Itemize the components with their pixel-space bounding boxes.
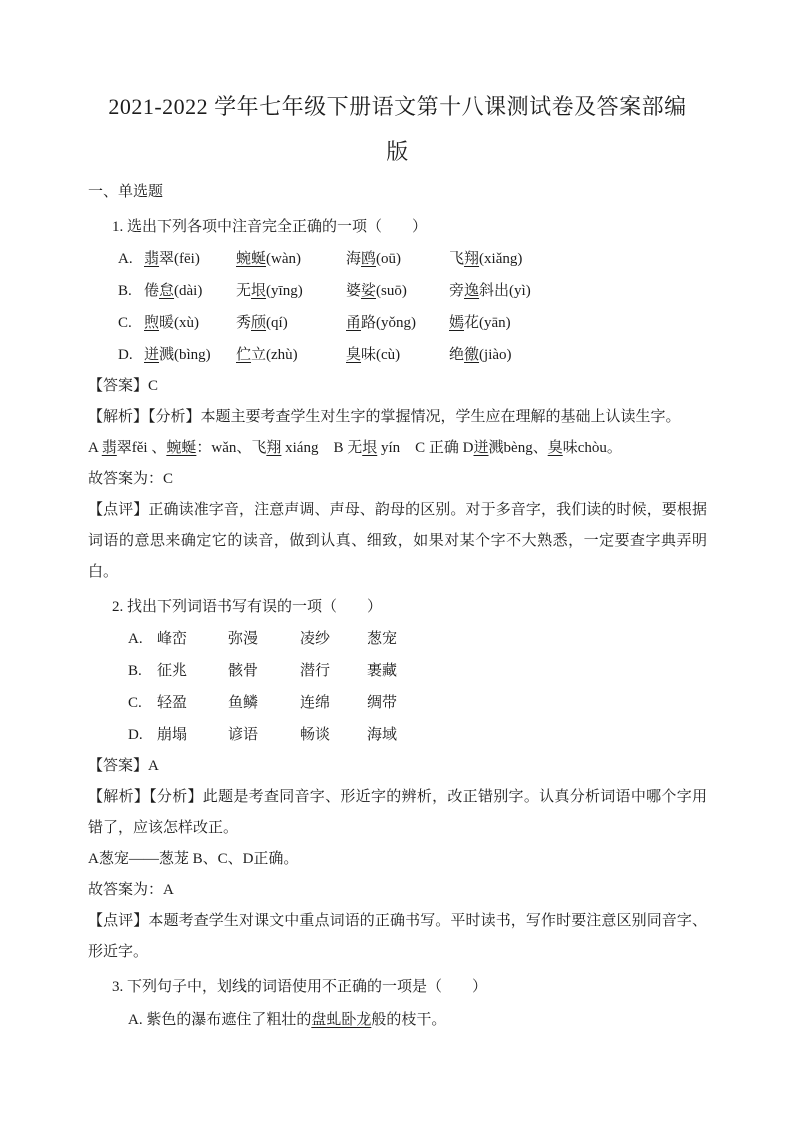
option-cell: 臭味(cù) [346,339,449,371]
question-1-answer-line: 【答案】C [88,371,707,402]
option-label: C. [128,687,157,719]
option-word: 弥漫 [228,623,300,655]
question-1-comment-line: 【点评】正确读准字音，注意声调、声母、韵母的区别。对于多音字，我们读的时候，要根… [88,495,707,588]
option-word: 海域 [367,719,707,751]
option-word: 轻盈 [157,687,228,719]
option-label: C. [118,307,144,339]
option-word: 崩塌 [157,719,228,751]
question-3: 3. 下列句子中，划线的词语使用不正确的一项是（ ） A. 紫色的瀑布遮住了粗壮… [88,972,707,1038]
option-label: A. [128,623,157,655]
option-row-b: B. 倦怠(dài) 无垠(yīng) 婆娑(suō) 旁逸斜出(yì) [118,275,707,307]
option-label: B. [128,655,157,687]
question-2-answer-line: 【答案】A [88,751,707,782]
option-word: 裹藏 [367,655,707,687]
option-cell: 海鸥(oū) [346,243,449,275]
option-cell: 翡翠(fēi) [144,243,236,275]
option-cell: 无垠(yīng) [236,275,346,307]
question-1-options: A. 翡翠(fēi) 蜿蜒(wàn) 海鸥(oū) 飞翔(xiǎng) B. 倦… [118,243,707,371]
question-1-conclusion-line: 故答案为：C [88,464,707,495]
question-1-analysis-detail-line: A 翡翠fěi 、蜿蜒：wǎn、飞翔 xiáng B 无垠 yín C 正确 D… [88,433,707,464]
document-title-line-2: 版 [88,129,707,174]
document-title-line-1: 2021-2022 学年七年级下册语文第十八课测试卷及答案部编 [88,84,707,129]
option-cell: 嫣花(yān) [449,307,707,339]
question-2-analysis-line: 【解析】【分析】此题是考查同音字、形近字的辨析，改正错别字。认真分析词语中哪个字… [88,782,707,844]
question-3-stem: 3. 下列句子中，划线的词语使用不正确的一项是（ ） [88,972,707,1003]
option-word: 鱼鳞 [228,687,300,719]
question-1: 1. 选出下列各项中注音完全正确的一项（ ） A. 翡翠(fēi) 蜿蜒(wàn… [88,212,707,588]
option-row-c: C. 轻盈 鱼鳞 连绵 绸带 [128,687,707,719]
question-2: 2. 找出下列词语书写有误的一项（ ） A. 峰峦 弥漫 凌纱 葱宠 B. 征兆… [88,592,707,968]
question-2-stem: 2. 找出下列词语书写有误的一项（ ） [88,592,707,623]
option-word: 葱宠 [367,623,707,655]
option-cell: 旁逸斜出(yì) [449,275,707,307]
option-row-d: D. 崩塌 谚语 畅谈 海域 [128,719,707,751]
option-cell: 煦暖(xù) [144,307,236,339]
section-heading: 一、单选题 [88,177,707,208]
option-word: 谚语 [228,719,300,751]
option-cell: 伫立(zhù) [236,339,346,371]
option-cell: 绝徼(jiào) [449,339,707,371]
option-cell: 倦怠(dài) [144,275,236,307]
option-cell: 迸溅(bìng) [144,339,236,371]
question-2-conclusion-line: 故答案为：A [88,875,707,906]
question-2-analysis-detail-line: A葱宠——葱茏 B、C、D正确。 [88,844,707,875]
option-word: 骸骨 [228,655,300,687]
question-3-option-a: A. 紫色的瀑布遮住了粗壮的盘虬卧龙般的枝干。 [128,1003,707,1038]
question-1-stem: 1. 选出下列各项中注音完全正确的一项（ ） [88,212,707,243]
document-title: 2021-2022 学年七年级下册语文第十八课测试卷及答案部编 版 [88,84,707,174]
option-cell: 甬路(yǒng) [346,307,449,339]
option-cell: 蜿蜒(wàn) [236,243,346,275]
option-word: 征兆 [157,655,228,687]
option-word: 畅谈 [300,719,367,751]
option-cell: 秀颀(qí) [236,307,346,339]
document-content: 2021-2022 学年七年级下册语文第十八课测试卷及答案部编 版 一、单选题 … [0,0,793,1038]
option-row-d: D. 迸溅(bìng) 伫立(zhù) 臭味(cù) 绝徼(jiào) [118,339,707,371]
question-1-analysis-line: 【解析】【分析】本题主要考查学生对生字的掌握情况，学生应在理解的基础上认读生字。 [88,402,707,433]
option-row-a: A. 峰峦 弥漫 凌纱 葱宠 [128,623,707,655]
option-word: 绸带 [367,687,707,719]
option-word: 连绵 [300,687,367,719]
option-row-c: C. 煦暖(xù) 秀颀(qí) 甬路(yǒng) 嫣花(yān) [118,307,707,339]
question-2-comment-line: 【点评】本题考查学生对课文中重点词语的正确书写。平时读书，写作时要注意区别同音字… [88,906,707,968]
document-page: 2021-2022 学年七年级下册语文第十八课测试卷及答案部编 版 一、单选题 … [0,0,793,1122]
option-label: D. [118,339,144,371]
option-label: B. [118,275,144,307]
option-row-a: A. 翡翠(fēi) 蜿蜒(wàn) 海鸥(oū) 飞翔(xiǎng) [118,243,707,275]
option-word: 潜行 [300,655,367,687]
option-label: D. [128,719,157,751]
option-word: 峰峦 [157,623,228,655]
question-2-options: A. 峰峦 弥漫 凌纱 葱宠 B. 征兆 骸骨 潜行 裹藏 C. 轻盈 鱼鳞 [128,623,707,751]
option-label: A. [118,243,144,275]
option-row-b: B. 征兆 骸骨 潜行 裹藏 [128,655,707,687]
option-cell: 飞翔(xiǎng) [449,243,707,275]
option-cell: 婆娑(suō) [346,275,449,307]
option-word: 凌纱 [300,623,367,655]
